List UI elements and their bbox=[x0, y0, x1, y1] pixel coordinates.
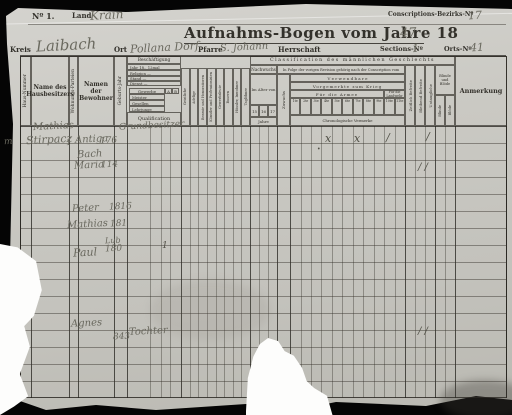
beschaeftigung-box-title: Beschäftigung bbox=[127, 56, 181, 64]
land-value: Krain bbox=[90, 7, 124, 23]
occupation-columns: GeistlicheAdeligeBeamte und Honoratioren… bbox=[181, 68, 250, 126]
beschaeftigung-row-4: Dienst — bbox=[127, 81, 181, 86]
pair-sub-bloede: Blöde bbox=[445, 95, 455, 126]
column-header-hausbesitzer: Name des Hausbesitzers bbox=[31, 56, 69, 126]
occupation-column-6: Häusler, Inwohner bbox=[233, 68, 242, 126]
handwriting-mark: / bbox=[426, 130, 430, 143]
pair-sub-blinde: Blinde bbox=[435, 95, 445, 126]
handwriting-mark: x bbox=[354, 132, 360, 145]
occupation-column-4: Gewerbsleute bbox=[216, 68, 225, 126]
scanned-document: Nº 1. Land Krain Conscriptions-Bezirks-N… bbox=[0, 0, 512, 415]
ort-value: Pollana Dorf bbox=[130, 39, 200, 56]
handwriting-mark: / / bbox=[418, 326, 428, 337]
age-class-label: 7te bbox=[355, 99, 360, 103]
landwehr-strip: Für die Landwehr bbox=[384, 90, 405, 98]
handwriting-mark: / / bbox=[418, 162, 428, 173]
occupation-label: Geistliche bbox=[183, 88, 187, 105]
age-class-cell-3: 4te bbox=[321, 98, 331, 115]
ort-label: Ort bbox=[114, 46, 127, 53]
occupation-label: Künstler und Professionisten bbox=[209, 72, 213, 122]
handwriting-entry: Peter bbox=[72, 202, 99, 214]
form-title-year: 47 bbox=[400, 26, 417, 42]
armee-strip: Für die Armee bbox=[290, 90, 384, 98]
grid-hline bbox=[20, 177, 507, 178]
age-class-cell-7: 8te bbox=[363, 98, 373, 115]
grid-hline bbox=[20, 194, 507, 195]
handwriting-entry: Agnes bbox=[71, 317, 103, 330]
age-class-label: 8te bbox=[366, 99, 371, 103]
column-header-zeitlich-befreite: Zeitlich Befreite bbox=[405, 65, 415, 126]
handwriting-entry: Paul bbox=[73, 245, 98, 259]
column-header-geburtsjahr: Geburts-Jahr bbox=[114, 56, 127, 126]
age-class-label: 10te bbox=[386, 99, 393, 103]
bezirk-label: Conscriptions-Bezirks-Nº bbox=[388, 12, 473, 18]
age-class-cell-1: 2te bbox=[300, 98, 310, 115]
age-class-cell-10: 11te bbox=[395, 98, 405, 115]
occupation-column-0: Geistliche bbox=[181, 68, 190, 126]
handwriting-entry: 176 bbox=[100, 136, 118, 147]
occupation-column-5: Bauern bbox=[224, 68, 233, 126]
grid-hline bbox=[20, 279, 507, 280]
bezirk-value: 17 bbox=[468, 9, 483, 23]
column-header-bewohner: Namen der Bewohner bbox=[78, 56, 114, 126]
nachwuchs-title: Nachwuchs bbox=[250, 65, 277, 74]
handwriting-entry: 1 bbox=[66, 138, 72, 148]
age-class-label: 11te bbox=[396, 99, 403, 103]
grid-hline bbox=[20, 381, 507, 382]
occupation-label: Bauern bbox=[226, 91, 230, 104]
age-class-label: 2te bbox=[303, 99, 308, 103]
occupation-label: Gewerbsleute bbox=[218, 85, 222, 109]
age-class-label: 3te bbox=[314, 99, 319, 103]
age-class-label: 1te bbox=[293, 99, 298, 103]
handwriting-entry: Mathias bbox=[67, 218, 108, 231]
section-value: 1 bbox=[412, 42, 420, 55]
handwriting-entry: 180 bbox=[105, 244, 123, 255]
age-class-label: 9te bbox=[376, 99, 381, 103]
orts-value: 41 bbox=[470, 41, 485, 55]
handwriting-entry: m bbox=[4, 137, 13, 147]
revision-note: In Folge der vorigen Revision gehörig na… bbox=[277, 65, 405, 74]
occupation-column-2: Beamte und Honoratioren bbox=[198, 68, 207, 126]
occupation-column-1: Adelige bbox=[190, 68, 199, 126]
column-header-anmerkung: Anmerkung bbox=[455, 56, 507, 126]
verwendbare-strip: V e r w e n d b a r e bbox=[290, 74, 405, 82]
column-header-bleibend-befreite: Bleibend Befreite bbox=[415, 65, 425, 126]
occupation-label: Häusler, Inwohner bbox=[235, 81, 239, 113]
pair-group-header: Blinde und Blöde bbox=[435, 65, 455, 95]
column-header-untaugliche: Untaugliche bbox=[425, 65, 435, 126]
age-class-label: 4te bbox=[324, 99, 329, 103]
age-class-label: 5te bbox=[334, 99, 339, 103]
age-class-cell-2: 3te bbox=[311, 98, 321, 115]
age-class-cell-0: 1te bbox=[290, 98, 300, 115]
age-class-cell-5: 6te bbox=[342, 98, 352, 115]
gewerbe-col-a: A bbox=[165, 88, 172, 94]
occupation-label: Taglöhner bbox=[244, 88, 248, 105]
nachwuchs-age-17: 17 bbox=[268, 105, 277, 117]
nachwuchs-age-15: 15 bbox=[250, 105, 259, 117]
pfarre-value: S. Johann bbox=[220, 41, 269, 55]
age-class-cell-8: 9te bbox=[374, 98, 384, 115]
nachwuchs-age-16: 16 bbox=[259, 105, 268, 117]
orts-label: Orts-Nº bbox=[444, 46, 472, 53]
occupation-column-3: Künstler und Professionisten bbox=[207, 68, 216, 126]
kreis-value: Laibach bbox=[36, 34, 97, 55]
paper-stain bbox=[150, 280, 270, 340]
land-label: Land bbox=[72, 12, 91, 19]
age-class-cell-9: 10te bbox=[384, 98, 394, 115]
age-class-cell-6: 7te bbox=[353, 98, 363, 115]
grid-hline bbox=[20, 330, 507, 331]
age-class-label: 6te bbox=[345, 99, 350, 103]
zuwachs-column: Zuwachs bbox=[277, 74, 290, 126]
handwriting-entry: 114 bbox=[101, 160, 119, 171]
nachwuchs-sub: Im Alter von bbox=[250, 74, 277, 105]
grid-hline bbox=[20, 126, 507, 127]
gewerbe-col-b: B bbox=[172, 88, 179, 94]
handwriting-mark: 1 bbox=[162, 241, 168, 251]
occupation-label: Adelige bbox=[192, 91, 196, 104]
handwriting-entry: 1816 bbox=[109, 201, 132, 212]
handwriting-entry: 843 bbox=[113, 332, 131, 343]
occupation-column-7: Taglöhner bbox=[241, 68, 250, 126]
age-class-cells: 1te2te3te4te5te6te7te8te9te10te11te bbox=[290, 98, 405, 115]
handwriting-entry: 181 bbox=[110, 219, 128, 230]
grid-hline bbox=[20, 364, 507, 365]
pfarre-label: Pfarre bbox=[198, 46, 223, 53]
grid-hline bbox=[20, 347, 507, 348]
grid-hline bbox=[20, 262, 507, 263]
classification-title: Classification des männlichen Geschlecht… bbox=[250, 56, 455, 65]
column-header-wohnparteien: Wohnungs-Parteien bbox=[69, 56, 78, 126]
sheet-number: Nº 1. bbox=[32, 12, 54, 20]
nachwuchs-age-unit: Jahre bbox=[250, 117, 277, 126]
vermerke-strip: Chronologische Vermerke bbox=[290, 115, 405, 126]
vorgemerkte-strip: Vorgemerkte zum Krieg bbox=[290, 82, 405, 90]
age-class-cell-4: 5te bbox=[332, 98, 342, 115]
occupation-label: Beamte und Honoratioren bbox=[201, 75, 205, 120]
handwriting-mark: x bbox=[325, 132, 331, 145]
handwriting-mark: / bbox=[386, 131, 390, 144]
handwriting-mark: • bbox=[317, 146, 321, 153]
herrschaft-label: Herrschaft bbox=[278, 46, 321, 53]
kreis-label: Kreis bbox=[10, 46, 31, 53]
